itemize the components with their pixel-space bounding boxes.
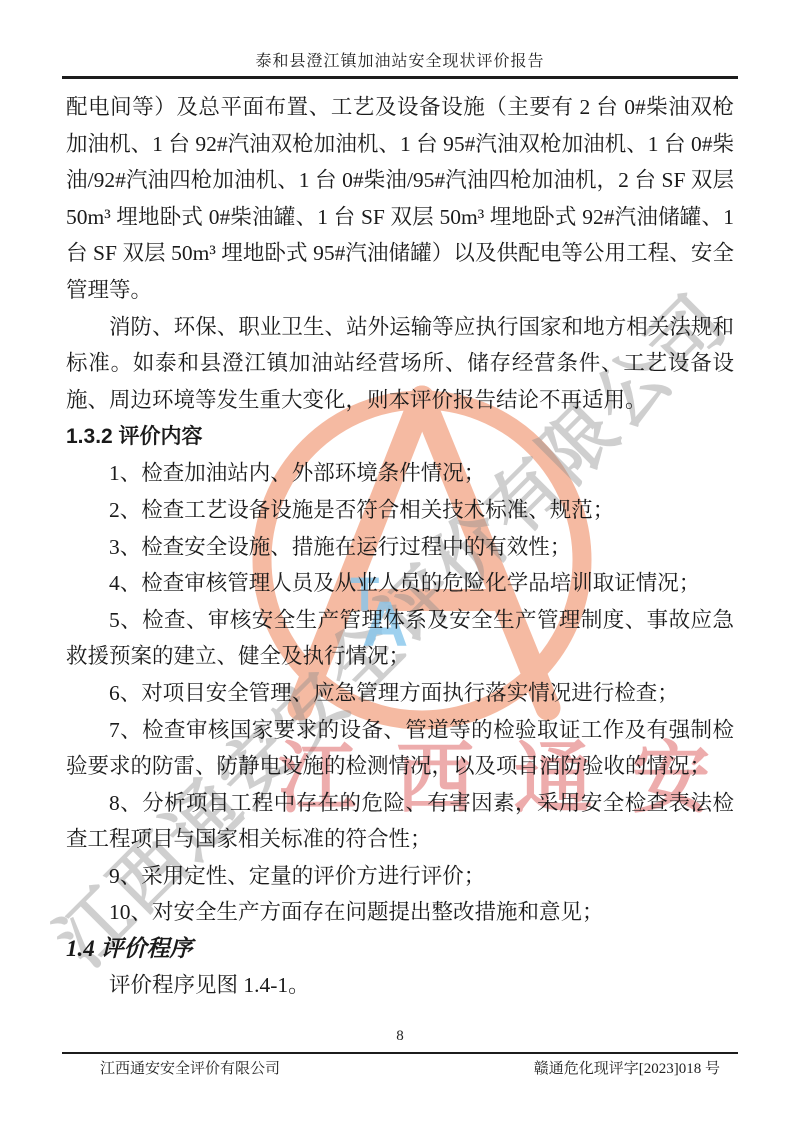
list-item-8: 8、分析项目工程中存在的危险、有害因素，采用安全检查表法检查工程项目与国家相关标… xyxy=(66,785,734,858)
list-item-9: 9、采用定性、定量的评价方进行评价； xyxy=(66,858,734,895)
list-item-4: 4、检查审核管理人员及从业人员的危险化学品培训取证情况； xyxy=(66,565,734,602)
paragraph-procedure-ref: 评价程序见图 1.4-1。 xyxy=(66,967,734,1004)
page-number: 8 xyxy=(0,1028,800,1045)
footer-rule xyxy=(62,1052,738,1054)
list-item-2: 2、检查工艺设备设施是否符合相关技术标准、规范； xyxy=(66,492,734,529)
header-rule xyxy=(62,76,738,79)
list-item-6: 6、对项目安全管理、应急管理方面执行落实情况进行检查； xyxy=(66,675,734,712)
footer-company-name: 江西通安安全评价有限公司 xyxy=(100,1057,280,1078)
list-item-5: 5、检查、审核安全生产管理体系及安全生产管理制度、事故应急救援预案的建立、健全及… xyxy=(66,602,734,675)
section-heading-1-4: 1.4 评价程序 xyxy=(66,931,734,967)
list-item-3: 3、检查安全设施、措施在运行过程中的有效性； xyxy=(66,529,734,566)
footer-bar: 江西通安安全评价有限公司 赣通危化现评字[2023]018 号 xyxy=(62,1057,738,1078)
section-heading-1-3-2: 1.3.2 评价内容 xyxy=(66,418,734,455)
list-item-10: 10、对安全生产方面存在问题提出整改措施和意见； xyxy=(66,894,734,931)
footer-doc-number: 赣通危化现评字[2023]018 号 xyxy=(534,1057,720,1078)
paragraph-scope-limits: 消防、环保、职业卫生、站外运输等应执行国家和地方相关法规和标准。如泰和县澄江镇加… xyxy=(66,309,734,419)
document-body: 配电间等）及总平面布置、工艺及设备设施（主要有 2 台 0#柴油双枪加油机、1 … xyxy=(66,89,734,1004)
list-item-1: 1、检查加油站内、外部环境条件情况； xyxy=(66,455,734,492)
paragraph-equipment: 配电间等）及总平面布置、工艺及设备设施（主要有 2 台 0#柴油双枪加油机、1 … xyxy=(66,89,734,309)
report-page: 江西通安安全评价有限公司 T A 江西通安 泰和县澄江镇加油站安全现状评价报告 … xyxy=(0,0,800,1131)
list-item-7: 7、检查审核国家要求的设备、管道等的检验取证工作及有强制检验要求的防雷、防静电设… xyxy=(66,712,734,785)
page-header-title: 泰和县澄江镇加油站安全现状评价报告 xyxy=(0,48,800,71)
